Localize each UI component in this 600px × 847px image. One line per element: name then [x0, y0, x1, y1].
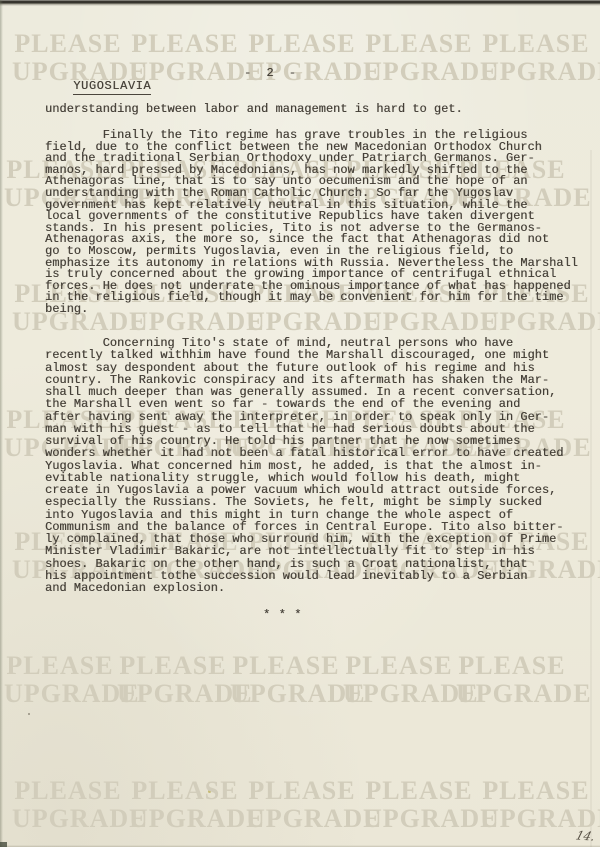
paragraph-carryover: understanding between labor and manageme… [45, 103, 463, 115]
paragraph-tito-state-of-mind: Concerning Tito's state of mind, neutral… [45, 337, 563, 594]
page-number: - 2 - [244, 66, 300, 80]
handwritten-page-number: 14. [574, 828, 597, 843]
watermark-tile: PLEASE UPGRADE [129, 777, 241, 833]
paper-speck [208, 790, 211, 793]
watermark-tile: PLEASE UPGRADE [343, 652, 455, 708]
section-title: YUGOSLAVIA [73, 79, 151, 95]
watermark-tile: PLEASE UPGRADE [363, 777, 475, 833]
watermark-tile: PLEASE UPGRADE [480, 777, 592, 833]
scan-corner-mark [0, 842, 7, 847]
header: YUGOSLAVIA [42, 65, 151, 107]
watermark-tile: PLEASE UPGRADE [246, 777, 358, 833]
watermark-tile: PLEASE UPGRADE [4, 652, 116, 708]
scanned-document-page: PLEASE UPGRADEPLEASE UPGRADEPLEASE UPGRA… [0, 0, 600, 847]
watermark-tile: PLEASE UPGRADE [456, 652, 568, 708]
watermark-tile: PLEASE UPGRADE [12, 777, 124, 833]
scan-top-edge [0, 0, 600, 6]
watermark-tile: PLEASE UPGRADE [117, 652, 229, 708]
paragraph-religious-troubles: Finally the Tito regime has grave troubl… [45, 130, 578, 316]
watermark-tile: PLEASE UPGRADE [230, 652, 342, 708]
paper-crease [590, 150, 592, 847]
watermark-tile: PLEASE UPGRADE [480, 30, 592, 86]
asterisk-separator: * * * [263, 608, 302, 622]
watermark-tile: PLEASE UPGRADE [363, 30, 475, 86]
paper-speck [28, 713, 30, 715]
scan-left-edge [0, 0, 3, 847]
